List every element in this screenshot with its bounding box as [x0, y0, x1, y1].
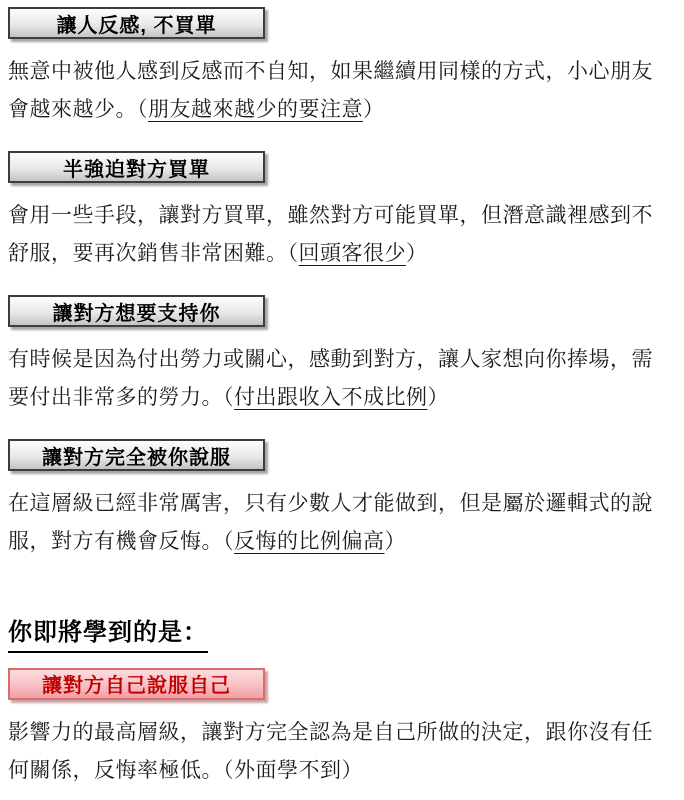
underlined-phrase: 付出跟收入不成比例: [234, 386, 428, 409]
paragraph-text: ）: [428, 386, 450, 409]
section-title-1: 讓人反感, 不買單: [56, 9, 216, 38]
section-level-1: 讓人反感, 不買單 無意中被他人感到反感而不自知，如果繼續用同樣的方式，小心朋友…: [8, 7, 668, 129]
section-title-box-2: 半強迫對方買單: [8, 151, 265, 183]
section-title-box-3: 讓對方想要支持你: [8, 295, 265, 327]
section-level-5-highlight: 讓對方自己說服自己 影響力的最高層級，讓對方完全認為是自己所做的決定，跟你沒有任…: [8, 668, 668, 790]
section-level-3: 讓對方想要支持你 有時候是因為付出勞力或關心，感動到對方，讓人家想向你捧場，需要…: [8, 295, 668, 417]
section-paragraph-1: 無意中被他人感到反感而不自知，如果繼續用同樣的方式，小心朋友會越來越少。（朋友越…: [8, 53, 668, 129]
section-title-4: 讓對方完全被你說服: [42, 441, 231, 470]
section-level-4: 讓對方完全被你說服 在這層級已經非常厲害，只有少數人才能做到，但是屬於邏輯式的說…: [8, 439, 668, 561]
section-paragraph-5: 影響力的最高層級，讓對方完全認為是自己所做的決定，跟你沒有任何關係，反悔率極低。…: [8, 714, 668, 790]
underlined-phrase: 回頭客很少: [299, 242, 407, 265]
paragraph-text: ）: [406, 242, 428, 265]
highlight-title-box: 讓對方自己說服自己: [8, 668, 265, 700]
section-title-box-4: 讓對方完全被你說服: [8, 439, 265, 471]
section-title-2: 半強迫對方買單: [63, 153, 210, 182]
document: 讓人反感, 不買單 無意中被他人感到反感而不自知，如果繼續用同樣的方式，小心朋友…: [0, 0, 684, 800]
highlight-title: 讓對方自己說服自己: [42, 669, 231, 698]
underlined-phrase: 反悔的比例偏高: [234, 530, 385, 553]
section-title-box-1: 讓人反感, 不買單: [8, 7, 265, 39]
paragraph-text: ）: [385, 530, 407, 553]
section-paragraph-2: 會用一些手段，讓對方買單，雖然對方可能買單，但潛意識裡感到不舒服，要再次銷售非常…: [8, 197, 668, 273]
learn-heading: 你即將學到的是：: [8, 619, 208, 653]
section-title-3: 讓對方想要支持你: [53, 297, 221, 326]
section-paragraph-4: 在這層級已經非常厲害，只有少數人才能做到，但是屬於邏輯式的說服，對方有機會反悔。…: [8, 485, 668, 561]
paragraph-text: 影響力的最高層級，讓對方完全認為是自己所做的決定，跟你沒有任何關係，反悔率極低。…: [8, 721, 653, 782]
underlined-phrase: 朋友越來越少的要注意: [148, 98, 363, 121]
paragraph-text: ）: [363, 98, 385, 121]
section-paragraph-3: 有時候是因為付出勞力或關心，感動到對方，讓人家想向你捧場，需要付出非常多的勞力。…: [8, 341, 668, 417]
section-level-2: 半強迫對方買單 會用一些手段，讓對方買單，雖然對方可能買單，但潛意識裡感到不舒服…: [8, 151, 668, 273]
